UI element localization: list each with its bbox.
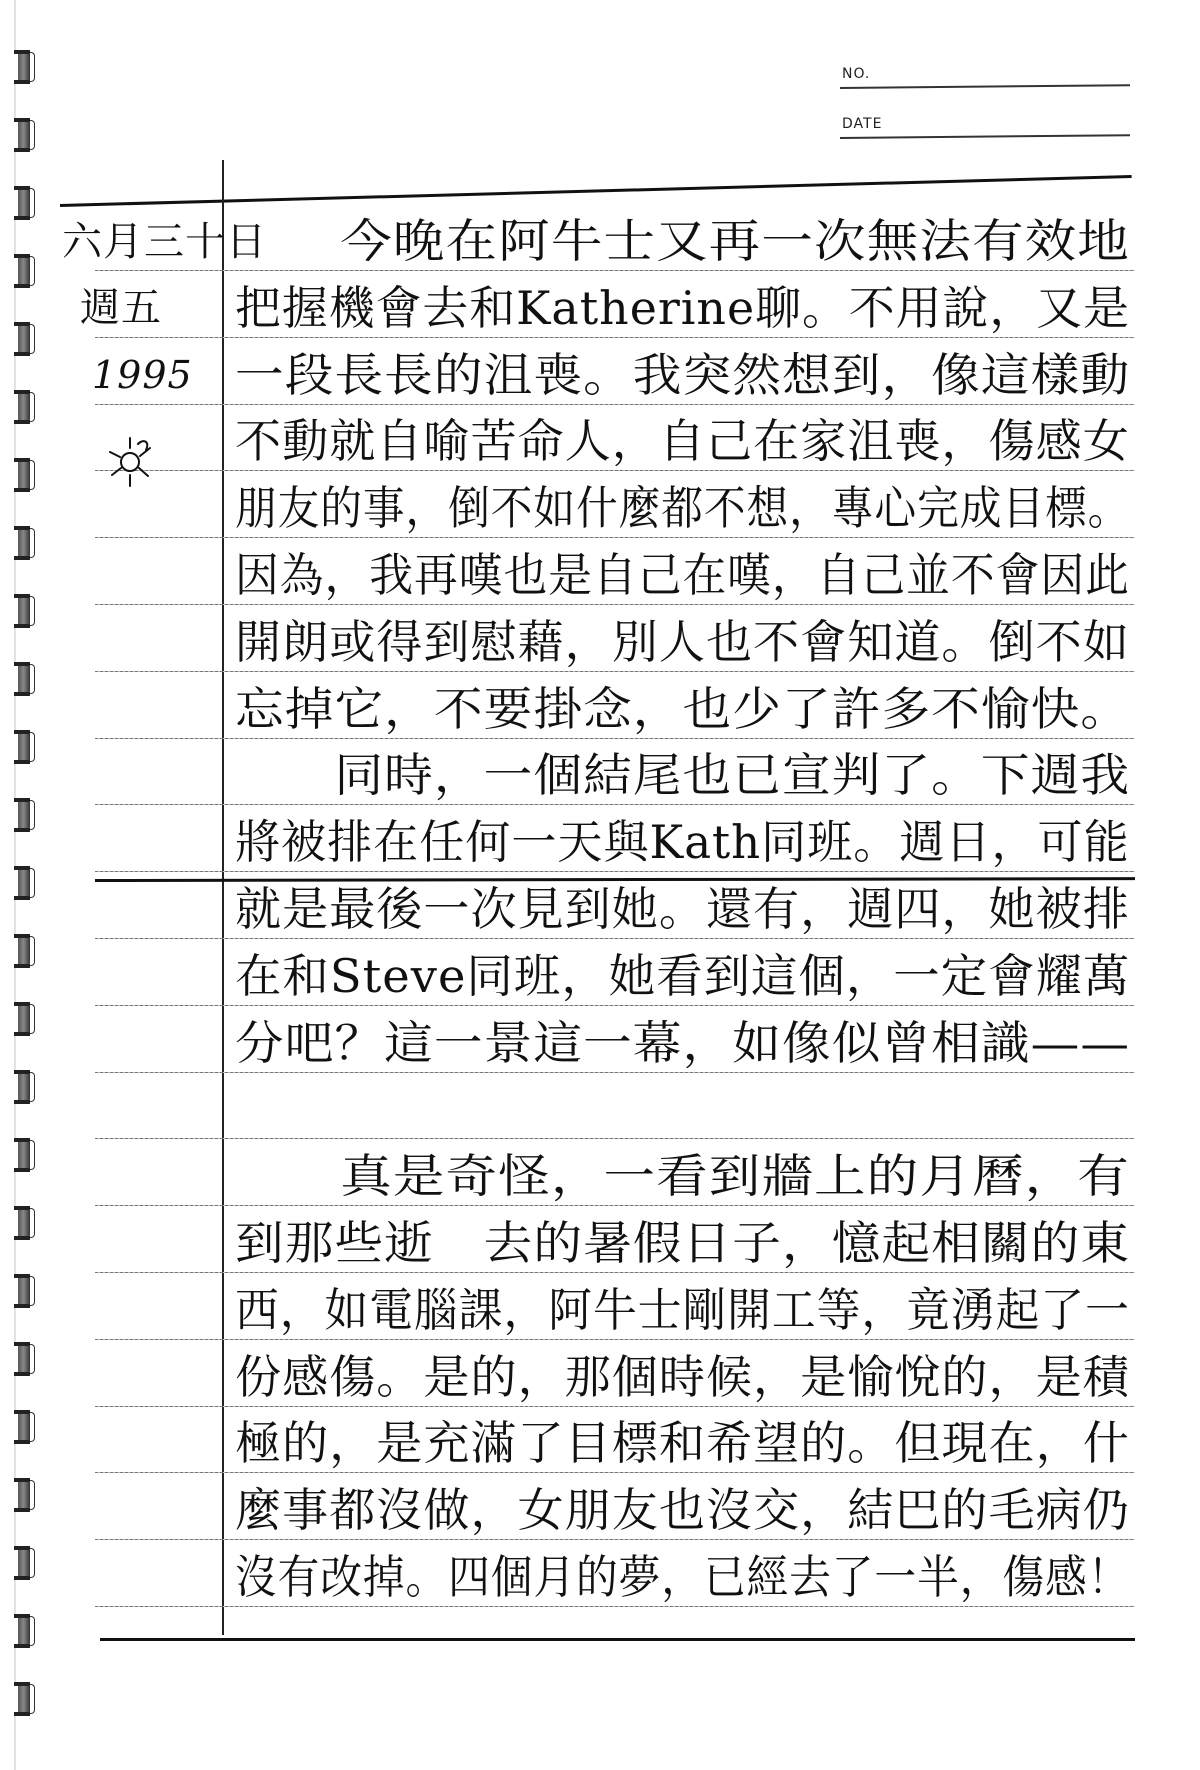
ring-clip	[30, 732, 35, 762]
binding-ring	[14, 1682, 36, 1716]
ruled-line	[95, 1205, 1135, 1206]
ruled-line	[95, 804, 1135, 805]
margin-weekday: 週五	[80, 288, 162, 328]
ruled-line	[95, 1539, 1135, 1540]
notebook-page: NO. DATE 六月三十日 週五 1995 今晚在阿牛士又再一次無法有效地把握…	[0, 0, 1200, 1770]
ring-clip	[30, 596, 35, 626]
binding-ring	[14, 186, 36, 220]
spiral-binding	[0, 0, 60, 1770]
binding-ring	[14, 1342, 36, 1376]
ruled-line	[95, 671, 1135, 672]
margin-year: 1995	[92, 356, 193, 394]
ring-loop	[14, 1478, 30, 1512]
journal-line: 沒有改掉。四個月的夢，已經去了一半，傷感！	[235, 1554, 1130, 1600]
binding-ring	[14, 866, 36, 900]
ruled-line	[95, 404, 1135, 405]
ring-loop	[14, 1274, 30, 1308]
binding-ring	[14, 1070, 36, 1104]
binding-ring	[14, 1138, 36, 1172]
journal-line: 真是奇怪，一看到牆上的月曆，有	[235, 1153, 1130, 1199]
ruled-line	[95, 938, 1135, 939]
ring-clip	[30, 1072, 35, 1102]
top-heavy-rule	[60, 175, 1132, 207]
mid-heavy-rule	[95, 877, 1135, 881]
ring-loop	[14, 1342, 30, 1376]
journal-line: 忘掉它，不要掛念，也少了許多不愉快。	[235, 686, 1130, 732]
ring-clip	[30, 1344, 35, 1374]
ruled-line	[95, 270, 1135, 271]
ruled-line	[95, 1005, 1135, 1006]
binding-ring	[14, 798, 36, 832]
journal-line: 分吧？這一景這一幕，如像似曾相識——	[235, 1020, 1130, 1066]
number-rule	[840, 84, 1130, 88]
ring-loop	[14, 1410, 30, 1444]
date-field: DATE	[840, 108, 1130, 138]
ring-clip	[30, 528, 35, 558]
binding-ring	[14, 1546, 36, 1580]
ring-clip	[30, 392, 35, 422]
margin-line	[222, 160, 224, 1635]
journal-line: 不動就自喻苦命人，自己在家沮喪，傷感女	[235, 418, 1130, 464]
ruled-line	[95, 337, 1135, 338]
date-label: DATE	[842, 116, 882, 132]
ring-loop	[14, 1002, 30, 1036]
ring-loop	[14, 1138, 30, 1172]
ring-loop	[14, 1206, 30, 1240]
ring-clip	[30, 1480, 35, 1510]
journal-line: 將被排在任何一天與Kath同班。週日，可能	[235, 819, 1130, 865]
ring-loop	[14, 662, 30, 696]
journal-line: 西，如電腦課，阿牛士剛開工等，竟湧起了一	[235, 1287, 1130, 1333]
ring-loop	[14, 526, 30, 560]
number-label: NO.	[842, 66, 870, 82]
journal-line: 開朗或得到慰藉，別人也不會知道。倒不如	[235, 619, 1130, 665]
binding-ring	[14, 1478, 36, 1512]
ring-clip	[30, 1548, 35, 1578]
ring-loop	[14, 798, 30, 832]
ruled-line	[95, 1138, 1135, 1139]
ring-clip	[30, 1616, 35, 1646]
ring-clip	[30, 1276, 35, 1306]
ring-loop	[14, 118, 30, 152]
ring-clip	[30, 936, 35, 966]
ring-loop	[14, 322, 30, 356]
journal-line: 就是最後一次見到她。還有，週四，她被排	[235, 886, 1130, 932]
ring-loop	[14, 594, 30, 628]
binding-ring	[14, 1206, 36, 1240]
journal-line: 在和Steve同班，她看到這個，一定會耀萬	[235, 953, 1130, 999]
ring-clip	[30, 1004, 35, 1034]
ring-clip	[30, 1684, 35, 1714]
ruled-line	[95, 1406, 1135, 1407]
ring-clip	[30, 800, 35, 830]
ruled-line	[95, 1472, 1135, 1473]
binding-ring	[14, 50, 36, 84]
ring-loop	[14, 254, 30, 288]
ring-clip	[30, 120, 35, 150]
ring-loop	[14, 866, 30, 900]
binding-ring	[14, 594, 36, 628]
binding-ring	[14, 730, 36, 764]
journal-line: 麼事都沒做，女朋友也沒交，結巴的毛病仍	[235, 1487, 1130, 1533]
binding-ring	[14, 934, 36, 968]
journal-line: 同時，一個結尾也已宣判了。下週我	[235, 752, 1130, 798]
binding-ring	[14, 1002, 36, 1036]
ring-loop	[14, 1070, 30, 1104]
ring-loop	[14, 934, 30, 968]
binding-ring	[14, 322, 36, 356]
binding-ring	[14, 1274, 36, 1308]
journal-line: 今晚在阿牛士又再一次無法有效地	[235, 218, 1130, 264]
binding-ring	[14, 458, 36, 492]
journal-line: 到那些逝 去的暑假日子，憶起相關的東	[235, 1220, 1130, 1266]
journal-line: 一段長長的沮喪。我突然想到，像這樣動	[235, 352, 1130, 398]
journal-line: 份感傷。是的，那個時候，是愉悅的，是積	[235, 1354, 1130, 1400]
ruled-line	[95, 604, 1135, 605]
binding-ring	[14, 1614, 36, 1648]
ring-loop	[14, 1682, 30, 1716]
ring-loop	[14, 458, 30, 492]
sun-icon	[100, 430, 160, 490]
ring-clip	[30, 324, 35, 354]
ruled-line	[95, 470, 1135, 471]
binding-ring	[14, 526, 36, 560]
ring-clip	[30, 188, 35, 218]
ring-loop	[14, 186, 30, 220]
number-field: NO.	[840, 58, 1130, 88]
ring-clip	[30, 1208, 35, 1238]
journal-line: 把握機會去和Katherine聊。不用說，又是	[235, 285, 1130, 331]
ring-clip	[30, 256, 35, 286]
binding-ring	[14, 118, 36, 152]
binding-ring	[14, 254, 36, 288]
date-rule	[840, 134, 1130, 138]
ruled-line	[95, 1272, 1135, 1273]
ruled-line	[95, 537, 1135, 538]
ring-clip	[30, 868, 35, 898]
ring-loop	[14, 50, 30, 84]
journal-line: 朋友的事，倒不如什麼都不想，專心完成目標。	[235, 485, 1130, 531]
ring-loop	[14, 730, 30, 764]
ring-loop	[14, 1546, 30, 1580]
ring-clip	[30, 1412, 35, 1442]
ring-clip	[30, 664, 35, 694]
ring-loop	[14, 1614, 30, 1648]
journal-line: 因為，我再嘆也是自己在嘆，自己並不會因此	[235, 552, 1130, 598]
ring-clip	[30, 460, 35, 490]
ruled-line	[95, 1606, 1135, 1607]
ruled-line	[95, 1072, 1135, 1073]
ruled-line	[95, 738, 1135, 739]
bottom-heavy-rule	[100, 1638, 1135, 1641]
ring-clip	[30, 52, 35, 82]
binding-ring	[14, 1410, 36, 1444]
journal-line: 極的，是充滿了目標和希望的。但現在，什	[235, 1420, 1130, 1466]
ruled-line	[95, 1339, 1135, 1340]
binding-ring	[14, 390, 36, 424]
ring-loop	[14, 390, 30, 424]
ruled-line	[95, 871, 1135, 872]
binding-ring	[14, 662, 36, 696]
ring-clip	[30, 1140, 35, 1170]
